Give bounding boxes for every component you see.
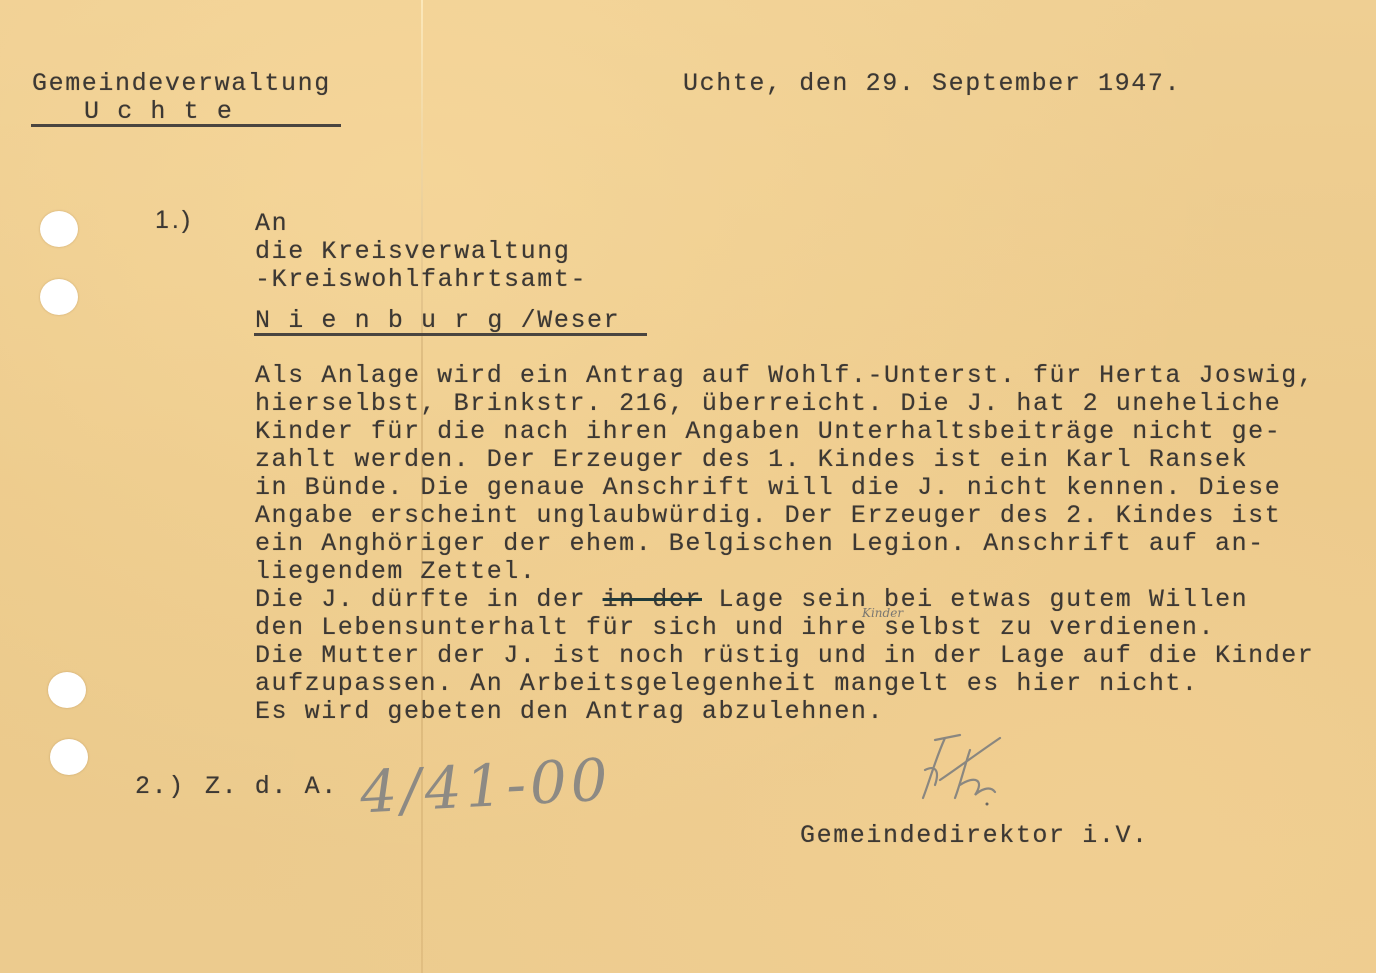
- signature-scribble: [915, 730, 1015, 810]
- recipient-line-an: An: [255, 210, 288, 238]
- body-line: zahlt werden. Der Erzeuger des 1. Kindes…: [255, 446, 1314, 474]
- body-line-with-strikethrough: Die J. dürfte in der in der Lage sein be…: [255, 586, 1314, 614]
- signatory-title: Gemeindedirektor i.V.: [800, 822, 1149, 850]
- body-line: ein Anghöriger der ehem. Belgischen Legi…: [255, 530, 1314, 558]
- recipient-city: N i e n b u r g /Weser: [255, 307, 620, 335]
- body-line: Angabe erscheint unglaubwürdig. Der Erze…: [255, 502, 1314, 530]
- letterhead-underline: [31, 124, 341, 127]
- body-line: Die Mutter der J. ist noch rüstig und in…: [255, 642, 1314, 670]
- body-line: den Lebensunterhalt für sich und ihre se…: [255, 614, 1314, 642]
- body-line: aufzupassen. An Arbeitsgelegenheit mange…: [255, 670, 1314, 698]
- recipient-city-underline: [254, 333, 647, 336]
- punch-hole: [40, 279, 78, 315]
- body-line: in Bünde. Die genaue Anschrift will die …: [255, 474, 1314, 502]
- body-line: Als Anlage wird ein Antrag auf Wohlf.-Un…: [255, 362, 1314, 390]
- letter-body: Als Anlage wird ein Antrag auf Wohlf.-Un…: [255, 362, 1314, 726]
- punch-hole: [50, 739, 88, 775]
- item2-text: Z. d. A.: [205, 773, 338, 801]
- body-line: hierselbst, Brinkstr. 216, überreicht. D…: [255, 390, 1314, 418]
- letterhead-office: Gemeindeverwaltung: [32, 70, 331, 98]
- body-line: Kinder für die nach ihren Angaben Unterh…: [255, 418, 1314, 446]
- recipient-line-authority: die Kreisverwaltung: [255, 238, 570, 266]
- body-text-after-strike: Lage sein bei etwas gutem Willen: [702, 585, 1248, 614]
- item2-number: 2.): [135, 773, 185, 801]
- body-line: Es wird gebeten den Antrag abzulehnen.: [255, 698, 1314, 726]
- handwritten-insertion: Kinder: [862, 606, 903, 620]
- punch-hole: [40, 211, 78, 247]
- punch-hole: [48, 672, 86, 708]
- item1-number: 1.): [155, 206, 193, 234]
- letterhead-town: U c h t e: [84, 98, 233, 126]
- recipient-line-department: -Kreiswohlfahrtsamt-: [255, 266, 587, 294]
- struck-text: in der: [603, 585, 702, 614]
- body-line: liegendem Zettel.: [255, 558, 1314, 586]
- body-text-before-strike: Die J. dürfte in der: [255, 585, 603, 614]
- pencil-file-note: 4/41-00: [358, 745, 613, 826]
- dateline: Uchte, den 29. September 1947.: [683, 70, 1181, 98]
